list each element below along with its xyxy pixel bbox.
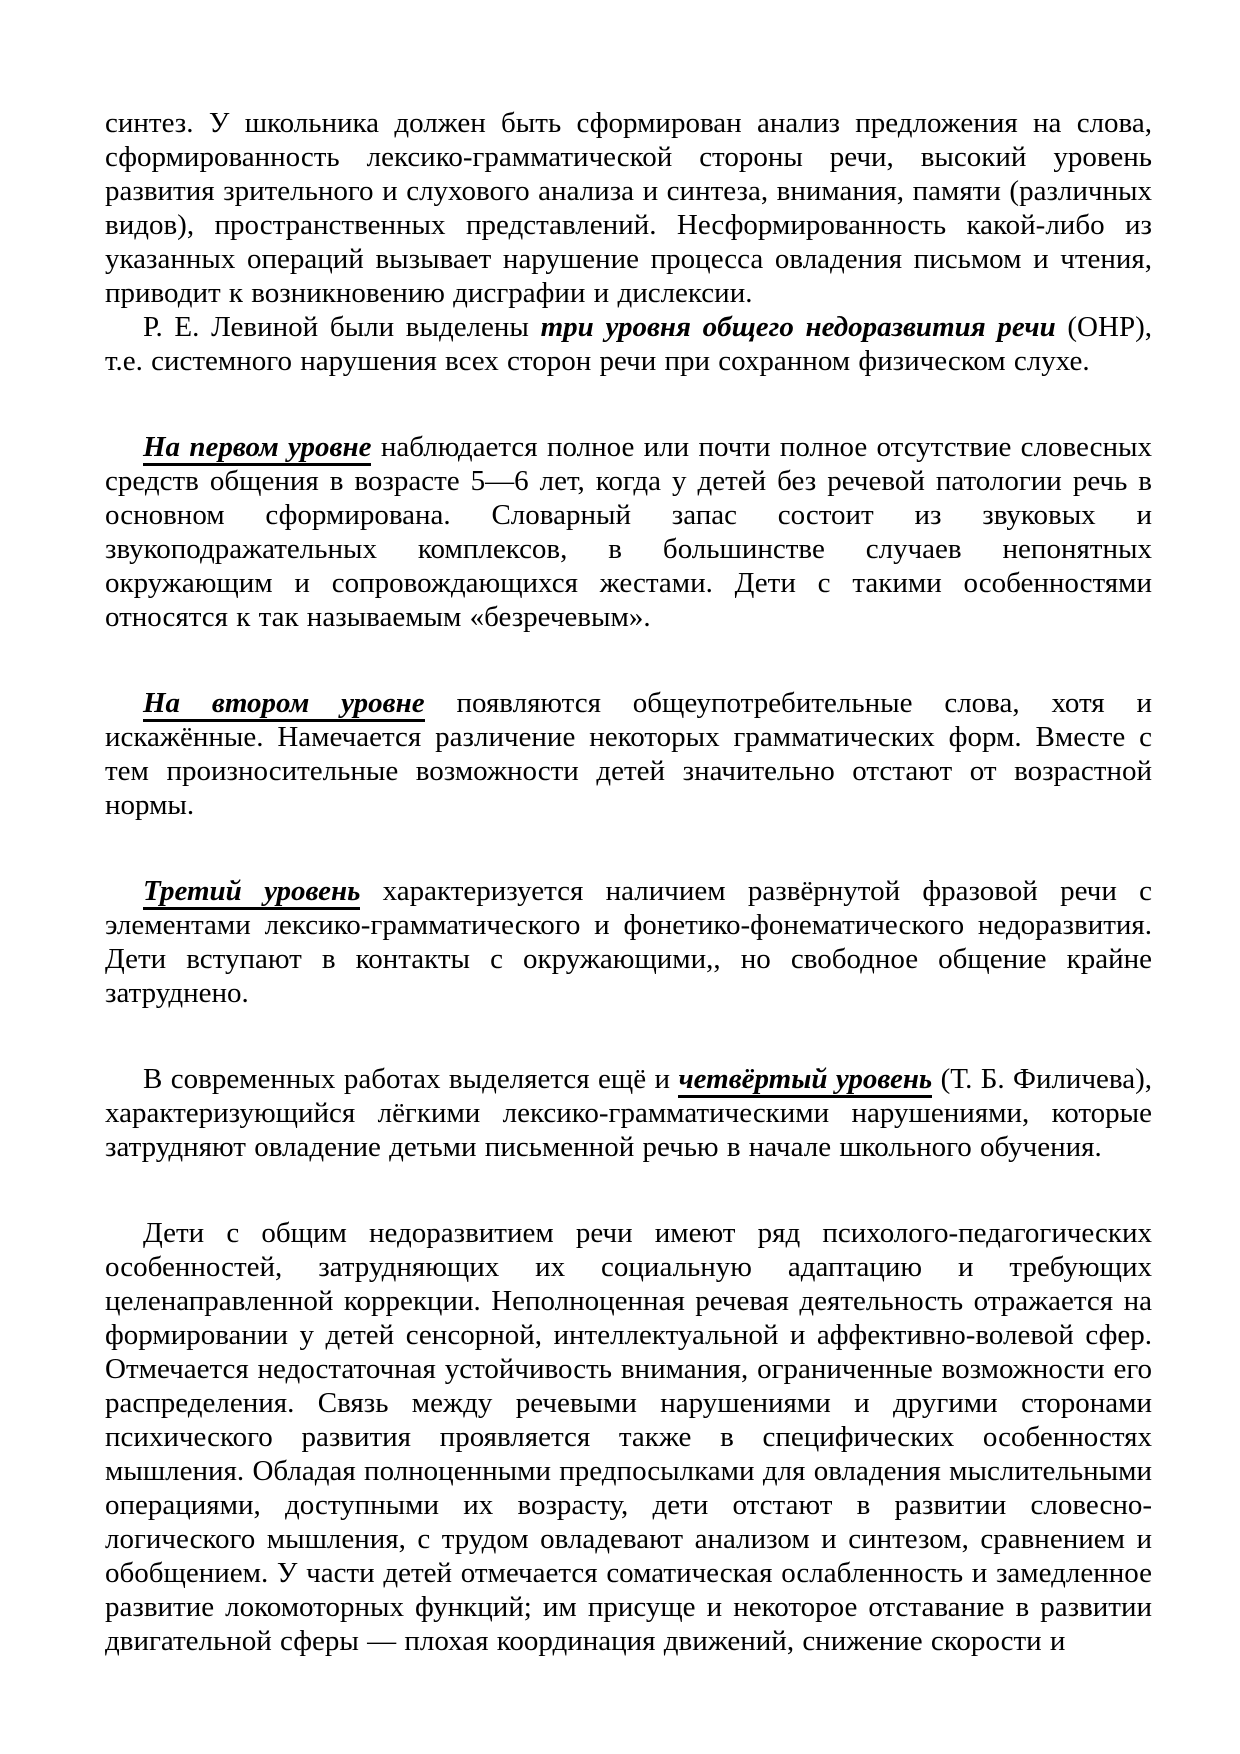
emphasized-text-segment: На втором уровне bbox=[143, 687, 425, 722]
text-segment: Р. Е. Левиной были выделены bbox=[143, 311, 541, 343]
document-page: синтез. У школьника должен быть сформиро… bbox=[0, 0, 1240, 1754]
paragraph: Третий уровень характеризуется наличием … bbox=[105, 874, 1152, 1010]
text-segment: В современных работах выделяется ещё и bbox=[143, 1063, 678, 1095]
paragraph: В современных работах выделяется ещё и ч… bbox=[105, 1062, 1152, 1164]
paragraph: Р. Е. Левиной были выделены три уровня о… bbox=[105, 310, 1152, 378]
document-body: синтез. У школьника должен быть сформиро… bbox=[0, 0, 1240, 1658]
paragraph: На втором уровне появляются общеупотреби… bbox=[105, 686, 1152, 822]
paragraph: На первом уровне наблюдается полное или … bbox=[105, 430, 1152, 634]
text-segment: синтез. У школьника должен быть сформиро… bbox=[105, 107, 1152, 309]
paragraph: Дети с общим недоразвитием речи имеют ря… bbox=[105, 1216, 1152, 1658]
paragraph: синтез. У школьника должен быть сформиро… bbox=[105, 106, 1152, 310]
emphasized-text-segment: Третий уровень bbox=[143, 875, 360, 910]
text-segment: Дети с общим недоразвитием речи имеют ря… bbox=[105, 1217, 1152, 1657]
emphasized-text-segment: три уровня общего недоразвития речи bbox=[541, 311, 1056, 343]
emphasized-text-segment: четвёртый уровень bbox=[678, 1063, 932, 1098]
emphasized-text-segment: На первом уровне bbox=[143, 431, 371, 466]
